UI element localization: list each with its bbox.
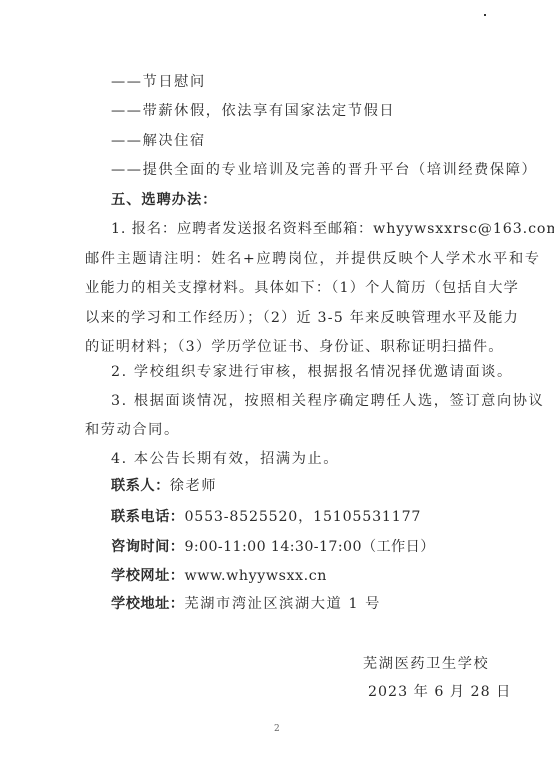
consult-hours-value: 9:00-11:00 14:30-17:00（工作日） (184, 539, 434, 555)
contact-phone-row: 联系电话：0553-8525520，15105531177 (111, 507, 471, 527)
item1-line2: 邮件主题请注明：姓名+应聘岗位，并提供反映个人学术水平和专 (85, 249, 470, 269)
address-label: 学校地址： (111, 596, 184, 612)
contact-person-value: 徐老师 (170, 478, 217, 494)
contact-person-label: 联系人： (111, 478, 170, 494)
item1-line4: 以来的学习和工作经历）；（2）近 3-5 年来反映管理水平及能力 (85, 308, 470, 328)
benefit-training: ——提供全面的专业培训及完善的晋升平台（培训经费保障） (111, 160, 471, 180)
consult-hours-label: 咨询时间： (111, 539, 184, 555)
benefit-paid-leave: ——带薪休假，依法享有国家法定节假日 (111, 101, 471, 121)
website-row: 学校网址：www.whyywsxx.cn (111, 566, 471, 586)
address-value: 芜湖市湾沚区滨湖大道 1 号 (184, 596, 381, 612)
consult-hours-row: 咨询时间：9:00-11:00 14:30-17:00（工作日） (111, 537, 471, 557)
item2: 2. 学校组织专家进行审核，根据报名情况择优邀请面谈。 (111, 362, 471, 382)
scan-speck (484, 14, 486, 16)
section-heading: 五、选聘办法： (111, 190, 471, 210)
item3-line2: 和劳动合同。 (85, 420, 470, 440)
contact-phone-value: 0553-8525520，15105531177 (184, 509, 421, 525)
page-number: 2 (274, 724, 280, 734)
website-label: 学校网址： (111, 568, 184, 584)
benefit-holiday-care: ——节日慰问 (111, 72, 471, 92)
signature-org: 芜湖医药卫生学校 (363, 654, 489, 674)
item1-line3: 业能力的相关支撑材料。具体如下：（1）个人简历（包括自大学 (85, 278, 470, 298)
address-row: 学校地址：芜湖市湾沚区滨湖大道 1 号 (111, 594, 471, 614)
benefit-housing: ——解决住宿 (111, 131, 471, 151)
item1-line1: 1. 报名：应聘者发送报名资料至邮箱：whyywsxxrsc@163.com， (111, 219, 471, 239)
website-value: www.whyywsxx.cn (184, 568, 327, 584)
item4: 4. 本公告长期有效，招满为止。 (111, 449, 471, 469)
contact-phone-label: 联系电话： (111, 509, 184, 525)
contact-person-row: 联系人：徐老师 (111, 476, 471, 496)
item3-line1: 3. 根据面谈情况，按照相关程序确定聘任人选，签订意向协议 (111, 391, 471, 411)
item1-line5: 的证明材料；（3）学历学位证书、身份证、职称证明扫描件。 (85, 337, 470, 357)
signature-date: 2023 年 6 月 28 日 (368, 682, 511, 702)
document-page: ——节日慰问 ——带薪休假，依法享有国家法定节假日 ——解决住宿 ——提供全面的… (0, 0, 554, 784)
